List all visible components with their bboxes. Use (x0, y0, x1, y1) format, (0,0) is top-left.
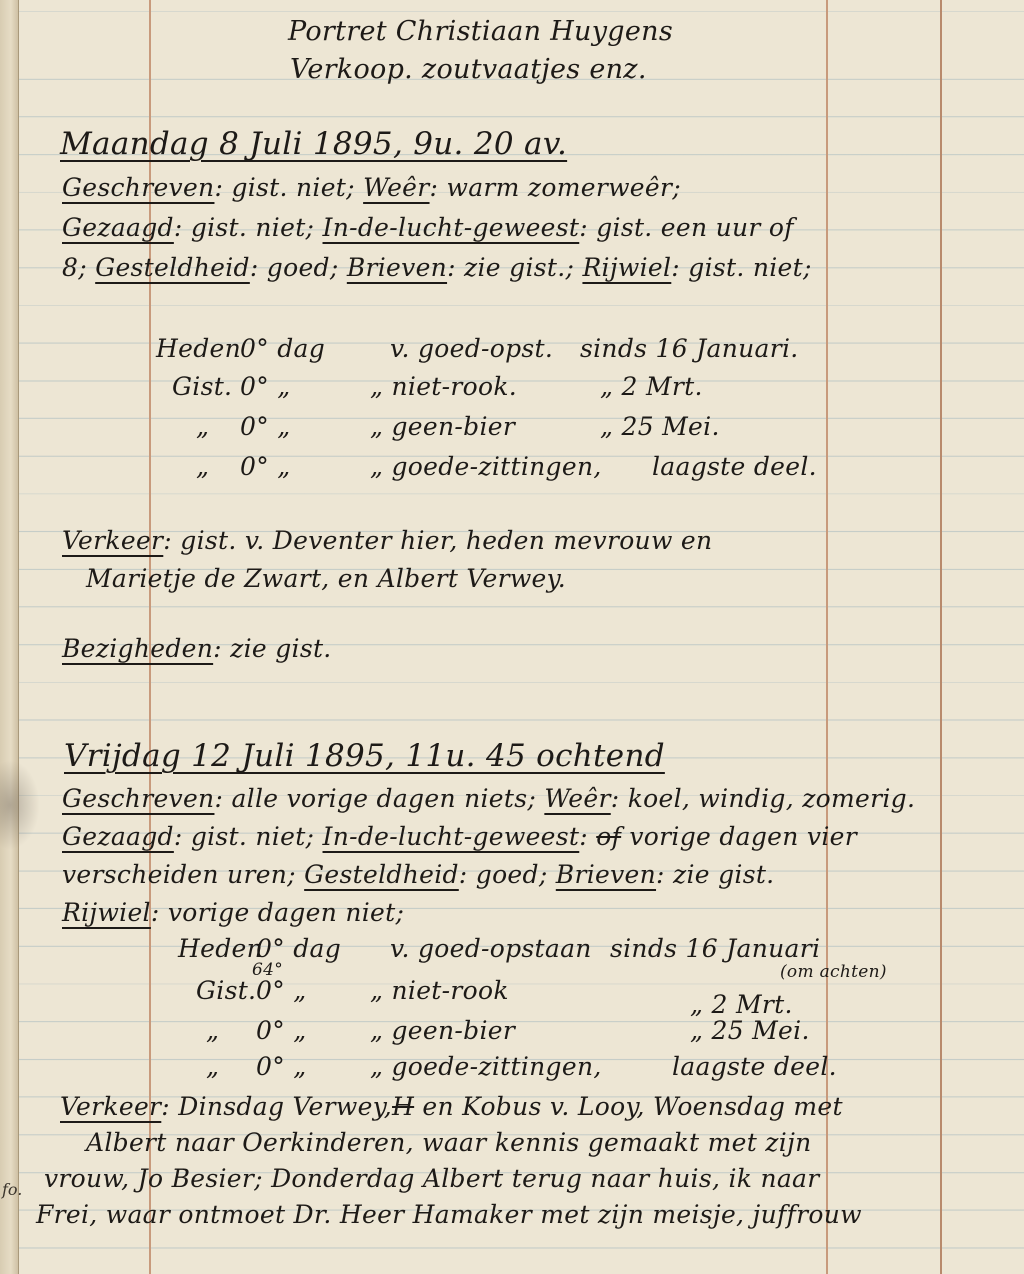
notebook-page: Portret Christiaan Huygens Verkoop. zout… (0, 0, 1024, 1274)
tally-cell: 0° dag (240, 334, 325, 363)
tally-cell: sinds 16 Januari (610, 934, 820, 963)
tally-cell: „ 25 Mei. (690, 1016, 810, 1045)
tally-cell: laagste deel. (672, 1052, 837, 1081)
tally-cell: „ (196, 412, 209, 441)
label-in-de-lucht-geweest: In-de-lucht-geweest (323, 822, 580, 851)
value-text: : koel, windig, zomerig. (611, 784, 915, 813)
entry-2-line-3: verscheiden uren; Gesteldheid: goed; Bri… (62, 860, 774, 889)
tally-cell: 0° „ (256, 976, 307, 1005)
page-binding-edge (0, 0, 19, 1274)
label-verkeer: Verkeer (60, 1092, 161, 1121)
heading-line-1: Portret Christiaan Huygens (288, 16, 673, 47)
tally-cell: „ (196, 452, 209, 481)
margin-mark: fo. (2, 1180, 22, 1199)
struck-text: H (392, 1092, 414, 1121)
value-text: : vorige dagen niet; (151, 898, 404, 927)
tally-cell: „ 2 Mrt. (690, 990, 793, 1019)
tally-cell: v. goed-opst. (390, 334, 553, 363)
value-text: : goed; (459, 860, 556, 889)
entry-1-date: Maandag 8 Juli 1895, 9u. 20 av. (60, 126, 567, 162)
label-gezaagd: Gezaagd (62, 822, 174, 851)
right-margin-line-inner (826, 0, 828, 1274)
tally-cell: Gist. (196, 976, 256, 1005)
struck-text: of (596, 822, 621, 851)
right-margin-line-outer (940, 0, 942, 1274)
label-brieven: Brieven (556, 860, 656, 889)
tally-cell: „ (206, 1052, 219, 1081)
label-gesteldheid: Gesteldheid (95, 253, 250, 282)
label-rijwiel: Rijwiel (582, 253, 671, 282)
entry-1-line-3: 8; Gesteldheid: goed; Brieven: zie gist.… (62, 253, 812, 282)
tally-cell: 0° dag (256, 934, 341, 963)
value-text: : gist. een uur of (579, 213, 794, 242)
entry-2-line-4: Rijwiel: vorige dagen niet; (62, 898, 404, 927)
value-text: : gist. niet; (174, 822, 323, 851)
tally-cell: 0° „ (240, 372, 291, 401)
value-text: : Dinsdag Verwey, (161, 1092, 392, 1121)
entry-2-verkeer-line-1: Verkeer: Dinsdag Verwey,H en Kobus v. Lo… (60, 1092, 843, 1121)
tally-cell: 0° „ (240, 452, 291, 481)
tally-cell: 0° „ (256, 1016, 307, 1045)
entry-1-verkeer-line-2: Marietje de Zwart, en Albert Verwey. (86, 564, 566, 593)
tally-cell: 0° „ (240, 412, 291, 441)
value-text: : zie gist.; (447, 253, 582, 282)
label-geschreven: Geschreven (62, 173, 214, 202)
tally-cell: „ 25 Mei. (600, 412, 720, 441)
tally-note: (om achten) (780, 962, 887, 982)
tally-cell: „ niet-rook. (370, 372, 517, 401)
value-text: : zie gist. (656, 860, 774, 889)
tally-cell: „ geen-bier (370, 412, 515, 441)
label-geschreven: Geschreven (62, 784, 214, 813)
value-text: : gist. niet; (214, 173, 363, 202)
tally-cell: Gist. (172, 372, 232, 401)
tally-cell: Heden (178, 934, 263, 963)
tally-cell: „ 2 Mrt. (600, 372, 703, 401)
label-bezigheden: Bezigheden (62, 634, 213, 663)
value-text: : (579, 822, 596, 851)
value-text: : goed; (250, 253, 347, 282)
label-gesteldheid: Gesteldheid (304, 860, 459, 889)
tally-cell: „ niet-rook (370, 976, 509, 1005)
tally-cell: „ (206, 1016, 219, 1045)
tally-cell: „ geen-bier (370, 1016, 515, 1045)
entry-1-bezigheden: Bezigheden: zie gist. (62, 634, 332, 663)
value-text: : warm zomerweêr; (430, 173, 681, 202)
label-rijwiel: Rijwiel (62, 898, 151, 927)
tally-cell: Heden (156, 334, 241, 363)
value-text: 8; (62, 253, 95, 282)
entry-1-line-2: Gezaagd: gist. niet; In-de-lucht-geweest… (62, 213, 794, 242)
value-text: : gist. niet; (671, 253, 811, 282)
value-text: : zie gist. (213, 634, 331, 663)
label-weer: Weêr (363, 173, 429, 202)
label-in-de-lucht-geweest: In-de-lucht-geweest (323, 213, 580, 242)
tally-cell: laagste deel. (652, 452, 817, 481)
entry-2-verkeer-line-4: Frei, waar ontmoet Dr. Heer Hamaker met … (36, 1200, 862, 1229)
value-text: verscheiden uren; (62, 860, 304, 889)
tally-cell: „ goede-zittingen, (370, 452, 602, 481)
tally-cell: 0° „ (256, 1052, 307, 1081)
entry-2-line-1: Geschreven: alle vorige dagen niets; Weê… (62, 784, 915, 813)
tally-cell: v. goed-opstaan (390, 934, 592, 963)
entry-2-verkeer-line-2: Albert naar Oerkinderen, waar kennis gem… (86, 1128, 812, 1157)
value-text: : gist. v. Deventer hier, heden mevrouw … (163, 526, 712, 555)
value-text: vorige dagen vier (621, 822, 857, 851)
entry-2-line-2: Gezaagd: gist. niet; In-de-lucht-geweest… (62, 822, 857, 851)
label-weer: Weêr (544, 784, 610, 813)
value-text: en Kobus v. Looy, Woensdag met (414, 1092, 843, 1121)
entry-2-verkeer-line-3: vrouw, Jo Besier; Donderdag Albert terug… (44, 1164, 820, 1193)
binding-stain (0, 760, 40, 850)
heading-line-2: Verkoop. zoutvaatjes enz. (290, 54, 647, 85)
tally-cell: „ goede-zittingen, (370, 1052, 602, 1081)
label-brieven: Brieven (347, 253, 447, 282)
entry-1-verkeer-line-1: Verkeer: gist. v. Deventer hier, heden m… (62, 526, 712, 555)
value-text: : gist. niet; (174, 213, 323, 242)
label-verkeer: Verkeer (62, 526, 163, 555)
tally-cell: sinds 16 Januari. (580, 334, 799, 363)
label-gezaagd: Gezaagd (62, 213, 174, 242)
value-text: : alle vorige dagen niets; (214, 784, 544, 813)
entry-1-line-1: Geschreven: gist. niet; Weêr: warm zomer… (62, 173, 681, 202)
entry-2-date: Vrijdag 12 Juli 1895, 11u. 45 ochtend (64, 738, 665, 774)
